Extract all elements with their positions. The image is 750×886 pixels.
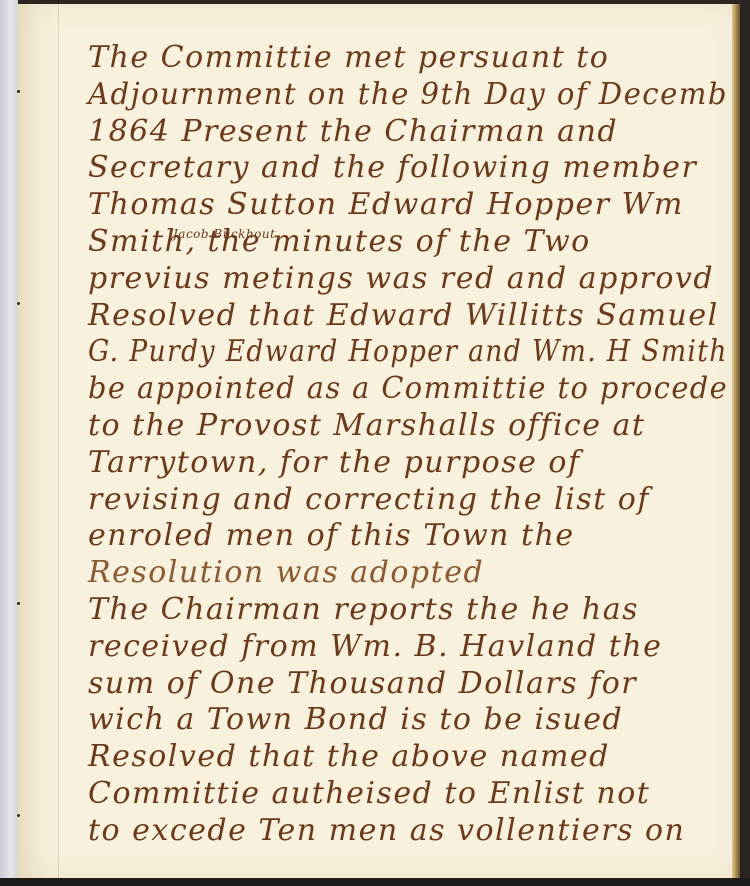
text-line: enroled men of this Town the xyxy=(88,518,728,555)
ink-speck xyxy=(17,90,20,93)
text-line: be appointed as a Committie to procede xyxy=(88,371,702,408)
ink-speck xyxy=(17,302,20,305)
margin-fold xyxy=(58,4,59,878)
ink-speck xyxy=(17,602,20,605)
text-line: Smith, the minutes of the Two xyxy=(88,224,591,259)
text-line: Resolution was adopted xyxy=(88,555,728,592)
interlinear-insertion: Jacob Buckhout xyxy=(173,216,275,253)
text-line: Adjournment on the 9th Day of Decemb xyxy=(88,77,709,114)
text-line: sum of One Thousand Dollars for xyxy=(88,666,728,703)
book-binding xyxy=(0,0,18,886)
text-line: The Committie met persuant to xyxy=(88,40,728,77)
text-line-with-insertion: Jacob Buckhout Smith, the minutes of the… xyxy=(88,224,728,261)
text-line: to excede Ten men as vollentiers on xyxy=(88,813,728,850)
text-line: Resolved that the above named xyxy=(88,739,728,776)
text-line: Resolved that Edward Willitts Samuel xyxy=(88,298,728,335)
bottom-edge xyxy=(0,878,750,886)
text-line: revising and correcting the list of xyxy=(88,482,728,519)
text-line: previus metings was red and approvd xyxy=(88,261,728,298)
text-line: The Chairman reports the he has xyxy=(88,592,728,629)
text-line: 1864 Present the Chairman and xyxy=(88,114,728,151)
text-line: wich a Town Bond is to be isued xyxy=(88,702,728,739)
text-line: Secretary and the following member xyxy=(88,150,728,187)
ink-speck xyxy=(17,814,20,817)
text-line: received from Wm. B. Havland the xyxy=(88,629,728,666)
scanned-page: The Committie met persuant to Adjournmen… xyxy=(0,0,750,886)
page-edge xyxy=(732,4,740,878)
text-line: Committie autheised to Enlist not xyxy=(88,776,728,813)
text-line: Tarrytown, for the purpose of xyxy=(88,445,728,482)
text-line: G. Purdy Edward Hopper and Wm. H Smith xyxy=(88,334,656,371)
handwritten-text: The Committie met persuant to Adjournmen… xyxy=(88,40,728,850)
text-line: to the Provost Marshalls office at xyxy=(88,408,728,445)
